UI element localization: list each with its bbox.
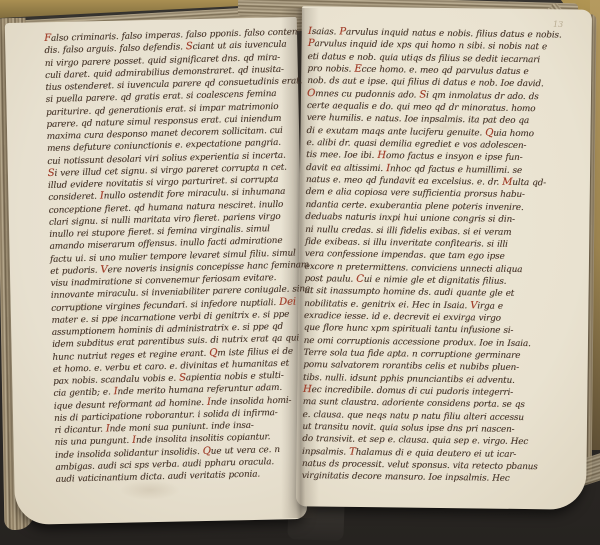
line-text: et pudoris. xyxy=(50,265,100,276)
line-text: que flore hunc xpm spirituali tantu infu… xyxy=(304,323,514,336)
rubric-initial: O xyxy=(307,88,315,99)
left-page-text: Falso criminaris. falso imperas. falso p… xyxy=(44,26,306,486)
rubric-initial: Q xyxy=(202,445,210,456)
rubric-initial: H xyxy=(377,150,386,161)
line-text: nhoc qd factus e humillimi. se xyxy=(390,164,522,176)
rubric-initial: Q xyxy=(209,347,217,358)
line-text: nis una pungunt. xyxy=(55,436,133,448)
line-text: consideret. xyxy=(48,192,100,203)
line-text: mnes cu pudonnis ado. xyxy=(315,89,419,100)
line-text: uia homo xyxy=(493,128,534,139)
line-text: davit ea altissimi. xyxy=(306,163,386,174)
line-text: nde insolida homi- xyxy=(211,395,292,407)
line-text: di e exutam maqs ante luciferu genuite. xyxy=(306,126,485,138)
rubric-initial: Dei xyxy=(279,296,296,307)
line-text: ut sit inassumpto homine ds. audi quante… xyxy=(304,286,514,299)
line-text: vera confessione impendas. que tam ego i… xyxy=(305,249,505,262)
line-text: ciant ut ais iuvencula xyxy=(192,40,286,52)
line-text: m iste filius ei de xyxy=(217,346,293,358)
line-text: ue ut vera ce. n xyxy=(211,444,280,456)
line-text: halamus di e quia deutero ei ut icar- xyxy=(356,447,517,459)
line-text: post paulu. xyxy=(304,274,356,285)
line-text: ma sunt claustra. adoriente considens po… xyxy=(303,397,525,410)
line-text: inpsalmis. xyxy=(302,447,349,458)
right-page-text: Isaias. Parvulus inquid natus e nobis. f… xyxy=(302,26,562,486)
line-text: pro nobis. xyxy=(307,64,354,75)
line-text: irga e xyxy=(477,301,503,311)
rubric-initial: H xyxy=(303,384,312,395)
line-text: ri dicantur. xyxy=(54,425,106,436)
line-text: virginitatis decore mansuro. Ioe inpsalm… xyxy=(302,471,510,484)
line-text: nobilitatis e. genitrix ei. Hec in Isaia… xyxy=(304,299,470,311)
line-text: pomu salvatorem rorantibs celis et nubib… xyxy=(303,360,519,373)
line-text: tis mee. Ioe ibi. xyxy=(306,150,377,161)
line-text: omo factus e insyon e ipse fun- xyxy=(386,152,523,164)
manuscript-photo: Falso criminaris. falso imperas. falso p… xyxy=(0,0,600,545)
line-text: saias. xyxy=(312,27,340,37)
folio-number: 13 xyxy=(553,20,563,29)
line-text: ui e nimie gle et dignitatis filius. xyxy=(364,275,507,287)
line-text: i qm inmolatus dr ado. ds xyxy=(426,90,539,102)
line-text: ulta qd- xyxy=(512,178,546,188)
line-text: cia gentib; e. xyxy=(53,388,113,400)
line-text: deduabs naturis inxpi hui unione congris… xyxy=(305,212,515,225)
rubric-initial: Q xyxy=(485,127,493,138)
line-text: cce homo. e. meo qd parvulus datus e xyxy=(361,65,528,77)
